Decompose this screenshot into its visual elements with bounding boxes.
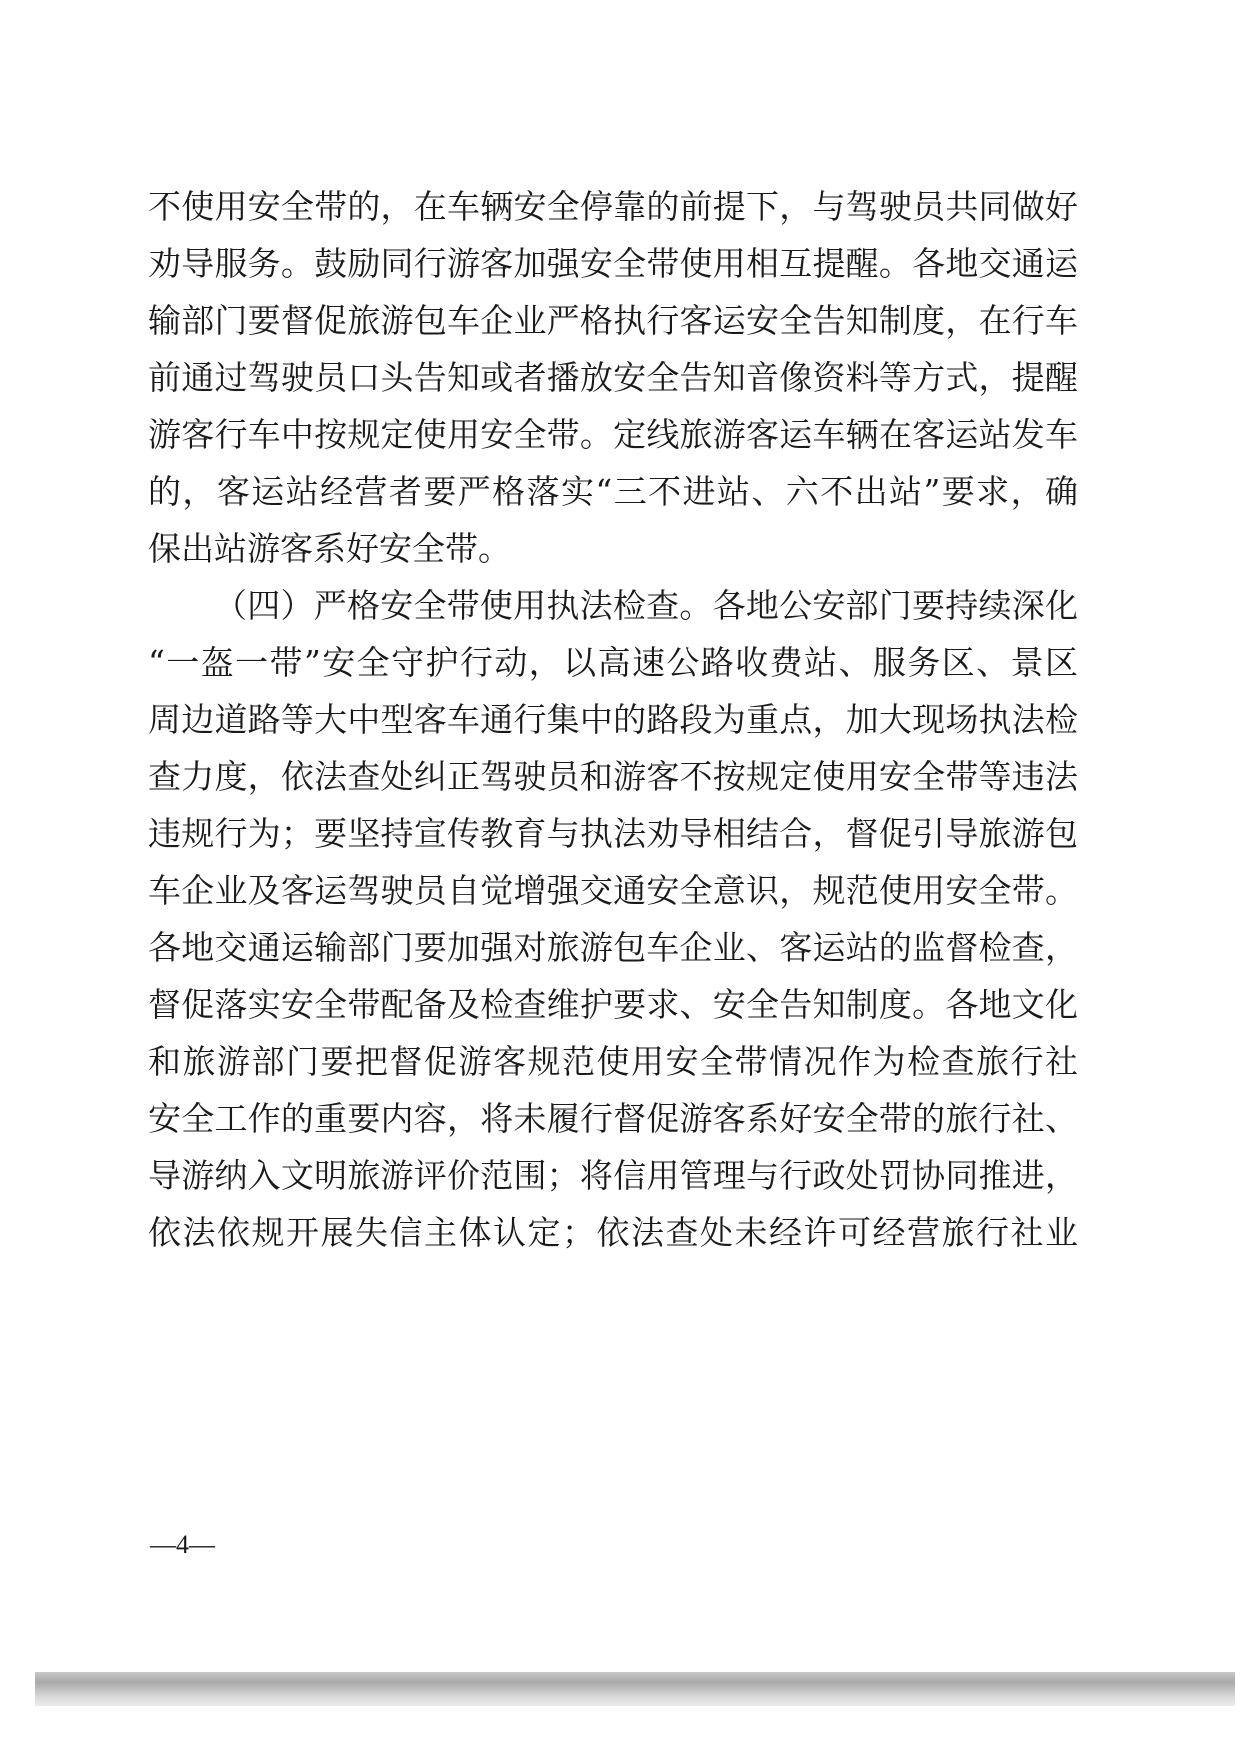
text-line: 劝导服务。鼓励同行游客加强安全带使用相互提醒。各地交通运 (148, 244, 1078, 284)
text-line: “一盔一带”安全守护行动，以高速公路收费站、服务区、景区 (148, 643, 1078, 683)
text-line: 各地交通运输部门要加强对旅游包车企业、客运站的监督检查， (148, 928, 1078, 968)
text-line: 输部门要督促旅游包车企业严格执行客运安全告知制度，在行车 (148, 301, 1078, 341)
text-line: 违规行为；要坚持宣传教育与执法劝导相结合，督促引导旅游包 (148, 814, 1078, 854)
text-line: （四）严格安全带使用执法检查。各地公安部门要持续深化 (214, 586, 1078, 626)
text-line: 前通过驾驶员口头告知或者播放安全告知音像资料等方式，提醒 (148, 358, 1078, 398)
text-line: 游客行车中按规定使用安全带。定线旅游客运车辆在客运站发车 (148, 415, 1078, 455)
text-line: 的，客运站经营者要严格落实“三不进站、六不出站”要求，确 (148, 472, 1078, 512)
text-line: 安全工作的重要内容，将未履行督促游客系好安全带的旅行社、 (148, 1099, 1078, 1139)
text-line: 车企业及客运驾驶员自觉增强交通安全意识，规范使用安全带。 (148, 871, 1078, 911)
text-line: 督促落实安全带配备及检查维护要求、安全告知制度。各地文化 (148, 985, 1078, 1025)
text-line: 导游纳入文明旅游评价范围；将信用管理与行政处罚协同推进， (148, 1156, 1078, 1196)
text-line: 依法依规开展失信主体认定；依法查处未经许可经营旅行社业 (148, 1213, 1078, 1253)
text-line: 保出站游客系好安全带。 (148, 529, 1078, 569)
text-line: 周边道路等大中型客车通行集中的路段为重点，加大现场执法检 (148, 700, 1078, 740)
text-line: 不使用安全带的，在车辆安全停靠的前提下，与驾驶员共同做好 (148, 187, 1078, 227)
page-number: —4— (150, 1530, 215, 1560)
document-page: 不使用安全带的，在车辆安全停靠的前提下，与驾驶员共同做好 劝导服务。鼓励同行游客… (0, 0, 1240, 1752)
text-line: 和旅游部门要把督促游客规范使用安全带情况作为检查旅行社 (148, 1042, 1078, 1082)
scan-shadow-band (35, 1672, 1235, 1706)
text-line: 查力度，依法查处纠正驾驶员和游客不按规定使用安全带等违法 (148, 757, 1078, 797)
